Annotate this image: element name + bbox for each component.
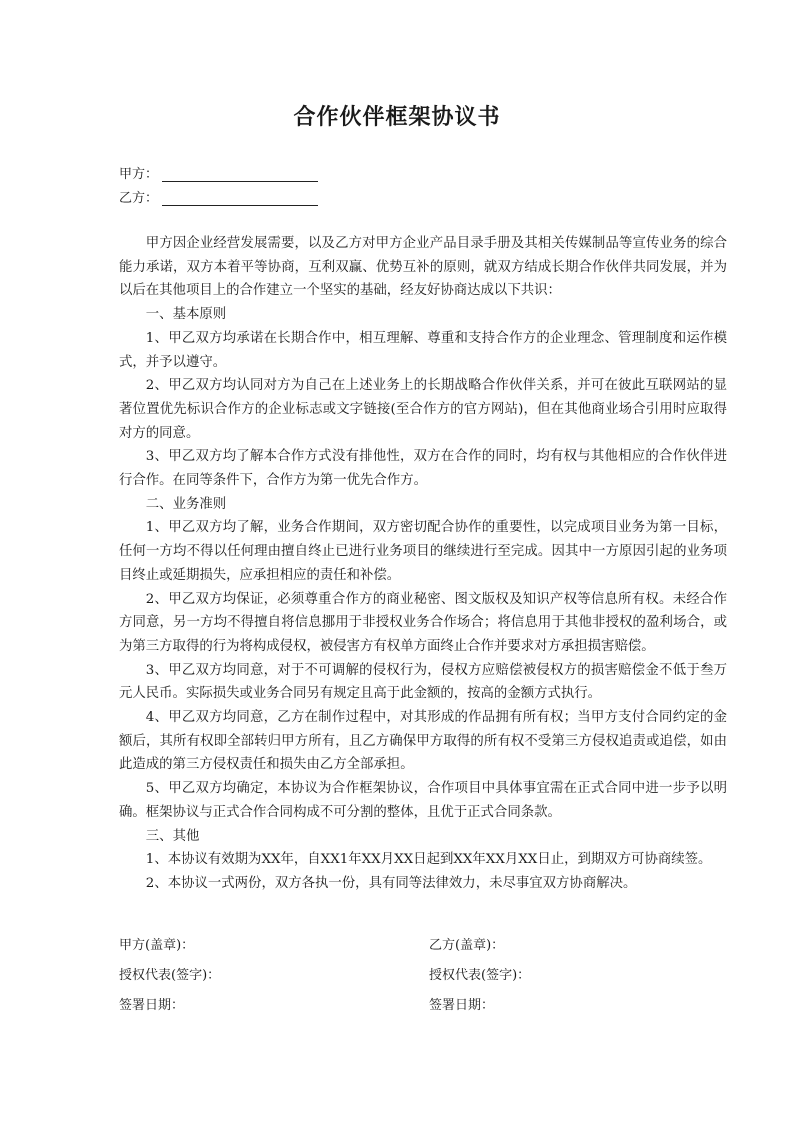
clause: 4、甲乙双方均同意，乙方在制作过程中，对其形成的作品拥有所有权；当甲方支付合同约… <box>119 706 727 777</box>
clause: 1、甲乙双方均了解，业务合作期间，双方密切配合协作的重要性，以完成项目业务为第一… <box>119 516 727 587</box>
document-title: 合作伙伴框架协议书 <box>0 100 794 131</box>
party-a-seal-label: 甲方(盖章)： <box>119 934 194 953</box>
party-a-label: 甲方： <box>119 163 158 182</box>
clause: 1、本协议有效期为XX年，自XX1年XX月XX日起到XX年XX月XX日止，到期双… <box>119 848 727 872</box>
clause: 3、甲乙双方均了解本合作方式没有排他性，双方在合作的同时，均有权与其他相应的合作… <box>119 445 727 492</box>
party-a-blank-line[interactable] <box>162 167 318 182</box>
clause: 5、甲乙双方均确定，本协议为合作框架协议，合作项目中具体事宜需在正式合同中进一步… <box>119 777 727 824</box>
agreement-body: 甲方因企业经营发展需要，以及乙方对甲方企业产品目录手册及其相关传媒制品等宣传业务… <box>119 232 727 896</box>
party-b-rep-label: 授权代表(签字)： <box>429 964 530 983</box>
party-b-seal-label: 乙方(盖章)： <box>429 934 504 953</box>
clause: 2、本协议一式两份，双方各执一份，具有同等法律效力，未尽事宜双方协商解决。 <box>119 872 727 896</box>
clause: 2、甲乙双方均认同对方为自己在上述业务上的长期战略合作伙伴关系，并可在彼此互联网… <box>119 374 727 445</box>
party-b-label: 乙方： <box>119 187 158 206</box>
party-b-date-label: 签署日期： <box>429 994 494 1013</box>
section-heading: 三、其他 <box>119 825 727 849</box>
party-a-date-label: 签署日期： <box>119 994 184 1013</box>
section-heading: 二、业务准则 <box>119 493 727 517</box>
party-b-blank-line[interactable] <box>162 191 318 206</box>
party-b-field: 乙方： <box>119 187 318 206</box>
intro-paragraph: 甲方因企业经营发展需要，以及乙方对甲方企业产品目录手册及其相关传媒制品等宣传业务… <box>119 232 727 303</box>
party-a-rep-label: 授权代表(签字)： <box>119 964 220 983</box>
clause: 2、甲乙双方均保证，必须尊重合作方的商业秘密、图文版权及知识产权等信息所有权。未… <box>119 588 727 659</box>
section-heading: 一、基本原则 <box>119 303 727 327</box>
clause: 1、甲乙双方均承诺在长期合作中，相互理解、尊重和支持合作方的企业理念、管理制度和… <box>119 327 727 374</box>
party-a-field: 甲方： <box>119 163 318 182</box>
document-page: 合作伙伴框架协议书 甲方： 乙方： 甲方因企业经营发展需要，以及乙方对甲方企业产… <box>0 0 794 1123</box>
clause: 3、甲乙双方均同意，对于不可调解的侵权行为，侵权方应赔偿被侵权方的损害赔偿金不低… <box>119 659 727 706</box>
